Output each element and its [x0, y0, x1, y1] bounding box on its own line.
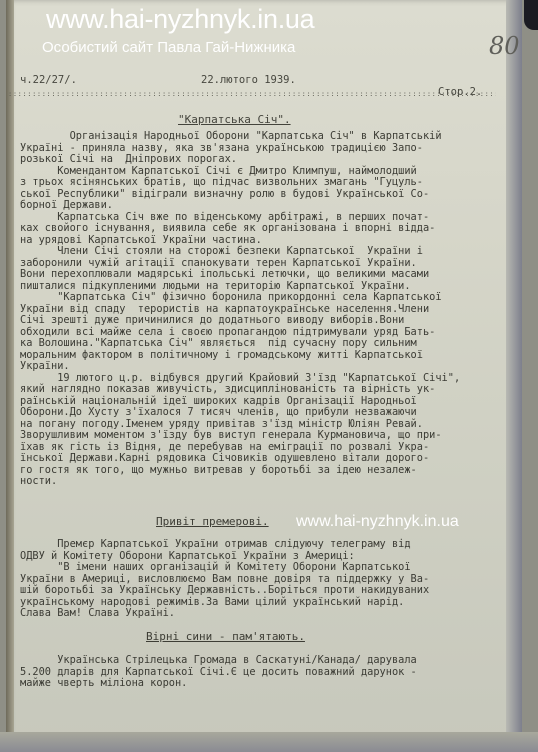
section-carpathian-sich-text: Організація Народньої Оборони "Карпатськ…	[20, 131, 515, 488]
text-line: з трьох ясінянських братів, що підчас ви…	[20, 177, 515, 189]
text-line: розької Січі на Дніпрових порогах.	[20, 154, 515, 166]
text-line: ности.	[20, 476, 515, 488]
section-title-loyal-sons: Вірні сини - пам'ятають.	[146, 630, 305, 643]
text-line: борної Держави.	[20, 200, 515, 212]
text-line: України.	[20, 361, 515, 373]
text-line: го гостя як того, що мужньо витревав у б…	[20, 465, 515, 477]
text-line: "Карпатська Січ" фізично боронила прикор…	[20, 292, 515, 304]
text-line: Українська Стрілецька Громада в Саскатун…	[20, 655, 515, 667]
handwritten-folio-number: 80	[489, 32, 520, 60]
document-reference: ч.22/27/.	[20, 74, 77, 86]
photo-bottom-edge	[0, 732, 538, 752]
binder-clip	[524, 0, 538, 30]
text-line: моральним фактором в політичному і грома…	[20, 350, 515, 362]
document-title: "Карпатська Січ".	[178, 113, 291, 126]
text-line: Зворушливим моментом з'їзду був виступ г…	[20, 430, 515, 442]
text-line: Оборони.До Хусту з'їхалося 7 тисяч члені…	[20, 407, 515, 419]
watermark-url: www.hai-nyzhnyk.in.ua	[46, 4, 314, 35]
text-line: Вони перехоплювали мадярські іпольські л…	[20, 269, 515, 281]
page-binding-edge	[6, 0, 14, 752]
document-date: 22.лютого 1939.	[201, 74, 296, 86]
document-page: 80 ч.22/27/. 22.лютого 1939. Стор.2. :::…	[6, 0, 522, 752]
watermark-subtitle: Особистий сайт Павла Гай-Нижника	[42, 39, 295, 56]
section-greeting-text: Премєр Карпатської України отримав сліду…	[20, 539, 515, 620]
section-title-greeting: Привіт премерові.	[156, 515, 269, 528]
header-divider-rule: ::::::::::::::::::::::::::::::::::::::::…	[8, 90, 496, 96]
text-line: який наглядно показав живучість, здисцип…	[20, 384, 515, 396]
text-line: Премєр Карпатської України отримав сліду…	[20, 539, 515, 551]
text-line: їнської Держави.Карні рядовика Січовиків…	[20, 453, 515, 465]
section-loyal-sons-text: Українська Стрілецька Громада в Саскатун…	[20, 655, 515, 690]
text-line: ка Волошина."Карпатська Січ" являється п…	[20, 338, 515, 350]
text-line: шій боротьбі за Українську Державність..…	[20, 585, 515, 597]
text-line: "В імени наших організацій й Комітету Об…	[20, 562, 515, 574]
text-line: Січі зрешті дуже причинилися до додатньо…	[20, 315, 515, 327]
text-line: Члени Січі стояли на сторожі безпеки Кар…	[20, 246, 515, 258]
text-line: ках свойого існування, виявила себе як о…	[20, 223, 515, 235]
text-line: Слава Вам! Слава Україні.	[20, 608, 515, 620]
watermark-url-repeat: www.hai-nyzhnyk.in.ua	[296, 513, 459, 531]
text-line: майже чверть міліона корон.	[20, 678, 515, 690]
text-line: Організація Народньої Оборони "Карпатськ…	[20, 131, 515, 143]
